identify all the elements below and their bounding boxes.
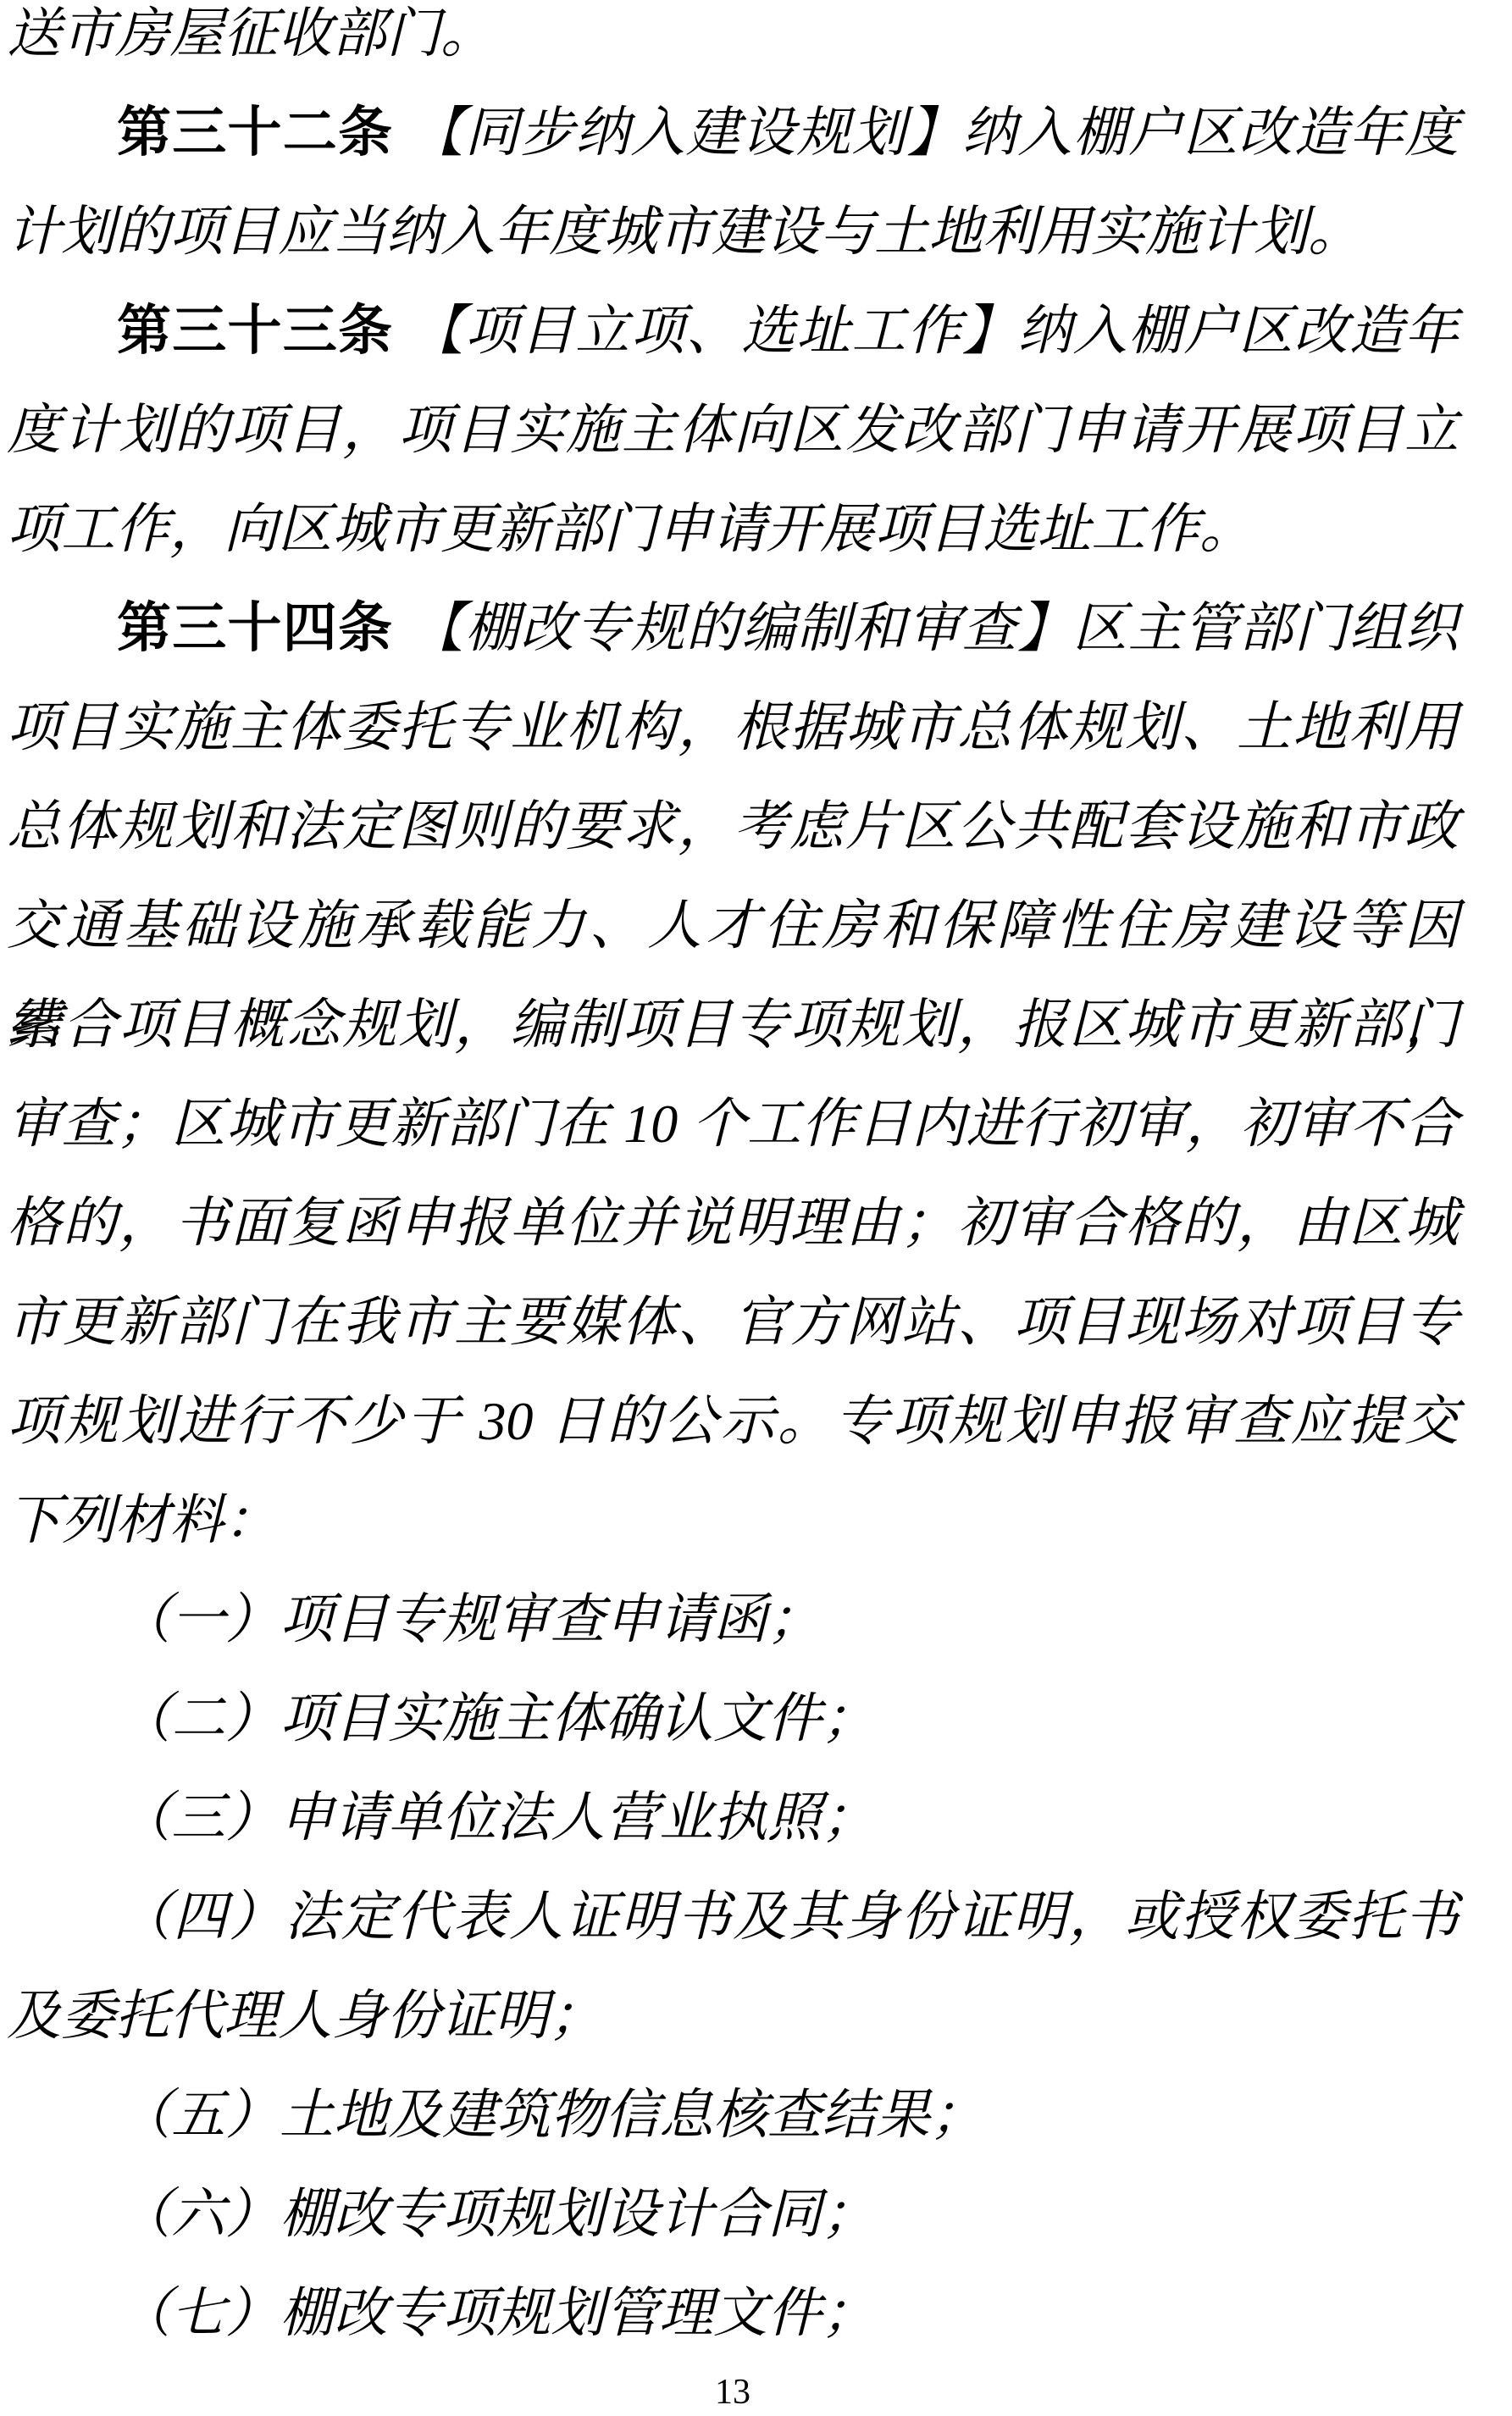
article-heading: 第三十四条 — [117, 597, 409, 658]
text-segment: 【棚改专规的编制和审查】区主管部门组织 — [409, 598, 1459, 658]
text-line: 送市房屋征收部门。 — [7, 0, 1459, 83]
text-segment: 送市房屋征收部门。 — [7, 3, 495, 64]
text-line: （六）棚改专项规划设计合同； — [7, 2164, 1459, 2264]
text-segment: 度计划的项目，项目实施主体向区发改部门申请开展项目立 — [7, 400, 1459, 460]
text-line: 市更新部门在我市主要媒体、官方网站、项目现场对项目专 — [7, 1272, 1459, 1371]
article-heading: 第三十二条 — [117, 102, 409, 163]
text-segment: 格的，书面复函申报单位并说明理由；初审合格的，由区城 — [7, 1193, 1459, 1253]
text-segment: 市更新部门在我市主要媒体、官方网站、项目现场对项目专 — [7, 1292, 1459, 1352]
document-page: { "page": { "background": "#ffffff", "te… — [0, 0, 1512, 2416]
text-segment: 【同步纳入建设规划】纳入棚户区改造年度 — [409, 103, 1459, 163]
text-line: 第三十四条 【棚改专规的编制和审查】区主管部门组织 — [7, 579, 1459, 678]
page-number: 13 — [7, 2369, 1459, 2416]
text-line: （四）法定代表人证明书及其身份证明，或授权委托书 — [7, 1867, 1459, 1966]
text-line: 项规划进行不少于 30 日的公示。专项规划申报审查应提交 — [7, 1371, 1459, 1471]
text-segment: 结合项目概念规划，编制项目专项规划，报区城市更新部门 — [7, 995, 1459, 1055]
article-heading: 第三十三条 — [117, 300, 409, 361]
text-segment: （一）项目专规审查申请函； — [117, 1589, 822, 1649]
text-line: 交通基础设施承载能力、人才住房和保障性住房建设等因素， — [7, 876, 1459, 975]
text-line: （二）项目实施主体确认文件； — [7, 1669, 1459, 1768]
text-line: 下列材料： — [7, 1471, 1459, 1570]
text-segment: （五）土地及建筑物信息核查结果； — [117, 2085, 984, 2145]
text-segment: 计划的项目应当纳入年度城市建设与土地利用实施计划。 — [7, 202, 1362, 262]
text-column: 送市房屋征收部门。第三十二条 【同步纳入建设规划】纳入棚户区改造年度计划的项目应… — [7, 0, 1459, 2363]
text-line: 第三十三条 【项目立项、选址工作】纳入棚户区改造年 — [7, 281, 1459, 380]
text-segment: 项规划进行不少于 30 日的公示。专项规划申报审查应提交 — [7, 1391, 1459, 1451]
text-segment: 项工作，向区城市更新部门申请开展项目选址工作。 — [7, 499, 1254, 559]
text-line: 项目实施主体委托专业机构，根据城市总体规划、土地利用 — [7, 678, 1459, 777]
text-segment: 下列材料： — [7, 1490, 278, 1550]
text-line: 第三十二条 【同步纳入建设规划】纳入棚户区改造年度 — [7, 83, 1459, 182]
text-line: 及委托代理人身份证明； — [7, 1966, 1459, 2065]
text-line: 结合项目概念规划，编制项目专项规划，报区城市更新部门 — [7, 975, 1459, 1074]
text-segment: （六）棚改专项规划设计合同； — [117, 2184, 876, 2244]
text-line: （五）土地及建筑物信息核查结果； — [7, 2065, 1459, 2164]
text-line: 格的，书面复函申报单位并说明理由；初审合格的，由区城 — [7, 1173, 1459, 1272]
text-segment: 审查；区城市更新部门在 10 个工作日内进行初审，初审不合 — [7, 1094, 1459, 1154]
text-segment: （三）申请单位法人营业执照； — [117, 1787, 876, 1848]
text-line: 度计划的项目，项目实施主体向区发改部门申请开展项目立 — [7, 380, 1459, 479]
text-segment: 及委托代理人身份证明； — [7, 1986, 603, 2046]
text-line: 审查；区城市更新部门在 10 个工作日内进行初审，初审不合 — [7, 1074, 1459, 1173]
text-line: 计划的项目应当纳入年度城市建设与土地利用实施计划。 — [7, 182, 1459, 281]
text-line: 项工作，向区城市更新部门申请开展项目选址工作。 — [7, 479, 1459, 579]
text-segment: （二）项目实施主体确认文件； — [117, 1688, 876, 1748]
text-segment: 【项目立项、选址工作】纳入棚户区改造年 — [409, 301, 1459, 361]
text-segment: 项目实施主体委托专业机构，根据城市总体规划、土地利用 — [7, 697, 1459, 757]
text-segment: （四）法定代表人证明书及其身份证明，或授权委托书 — [117, 1887, 1459, 1947]
text-segment: （七）棚改专项规划管理文件； — [117, 2283, 876, 2343]
text-line: （一）项目专规审查申请函； — [7, 1570, 1459, 1669]
text-line: （三）申请单位法人营业执照； — [7, 1768, 1459, 1867]
text-line: 总体规划和法定图则的要求，考虑片区公共配套设施和市政 — [7, 777, 1459, 876]
text-segment: 总体规划和法定图则的要求，考虑片区公共配套设施和市政 — [7, 796, 1459, 856]
text-line: （七）棚改专项规划管理文件； — [7, 2264, 1459, 2363]
